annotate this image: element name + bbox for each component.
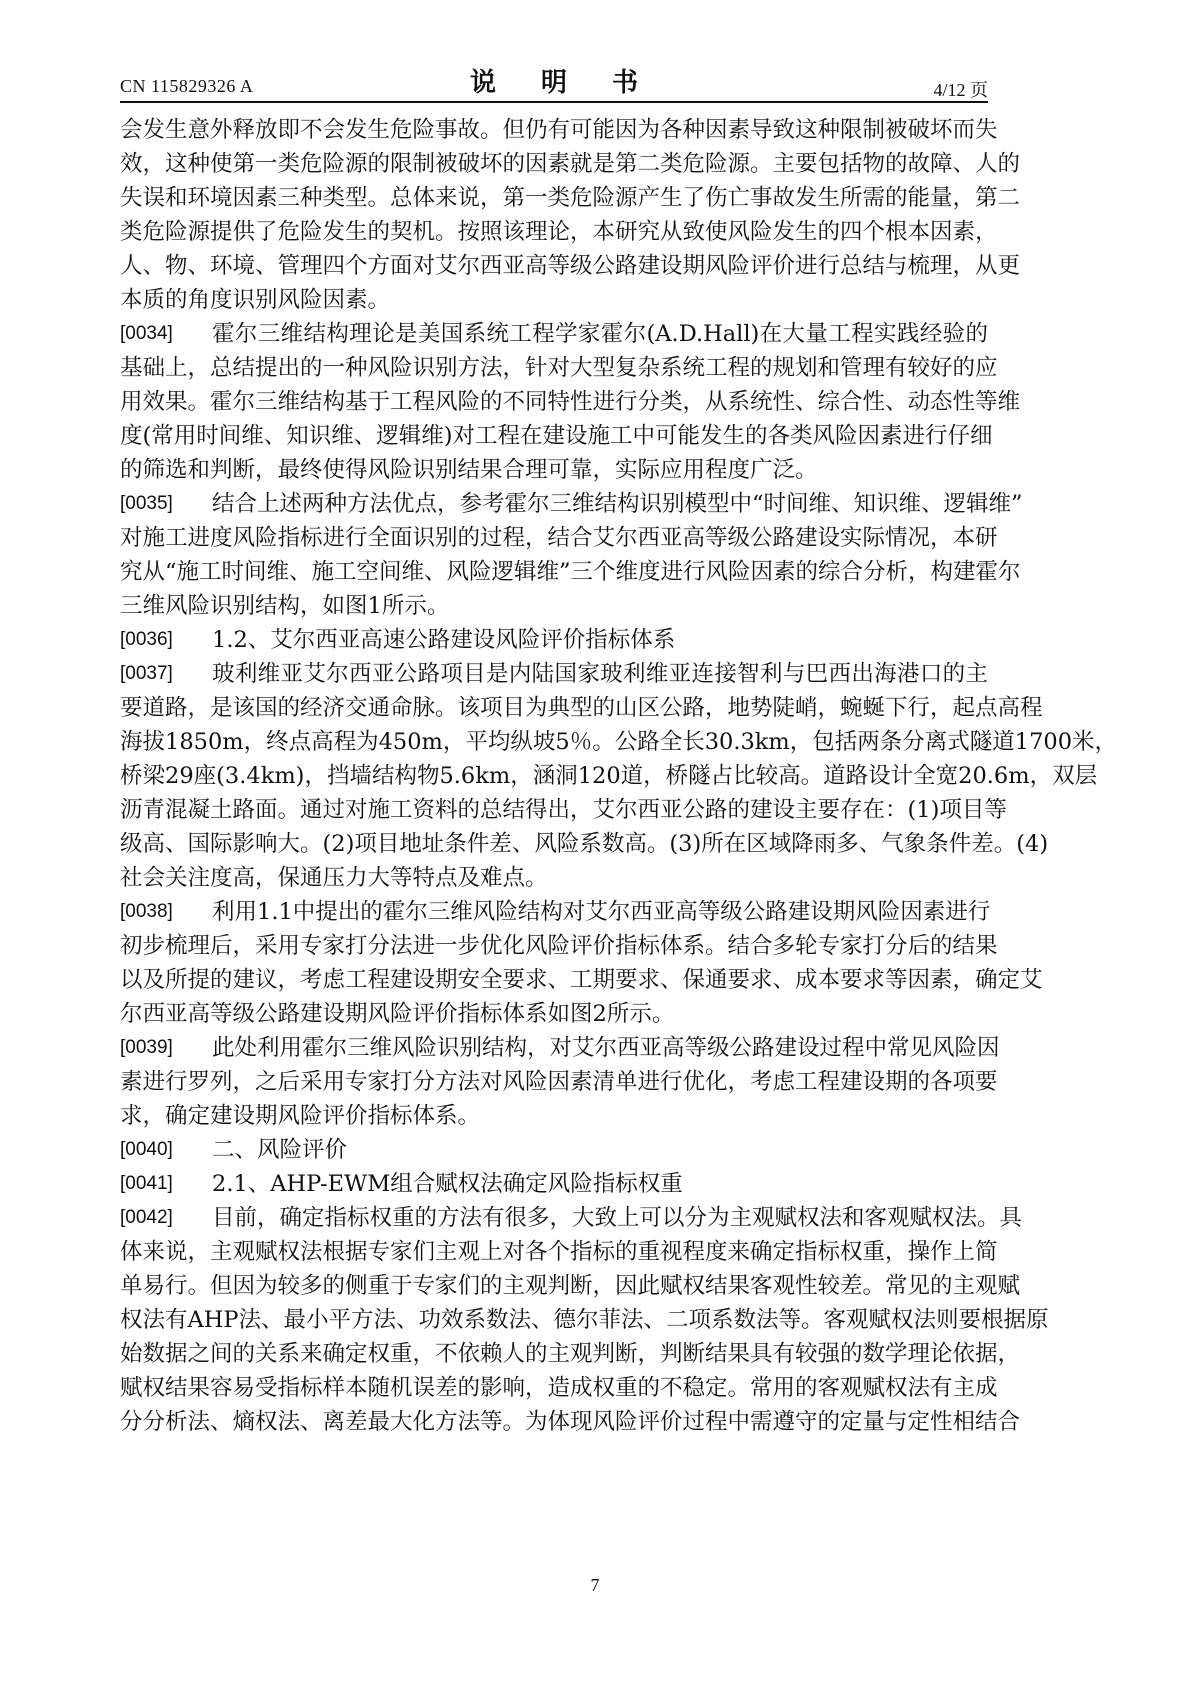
line-text: 三维风险识别结构，如图1所示。	[120, 589, 988, 623]
line-text: 权法有AHP法、最小平方法、功效系数法、德尔菲法、二项系数法等。客观赋权法则要根…	[120, 1303, 988, 1337]
paragraph-start-line: [0038]利用1.1中提出的霍尔三维风险结构对艾尔西亚高等级公路建设期风险因素…	[120, 895, 988, 929]
line-text: 求，确定建设期风险评价指标体系。	[120, 1099, 988, 1133]
text-line: 以及所提的建议，考虑工程建设期安全要求、工期要求、保通要求、成本要求等因素，确定…	[120, 963, 988, 997]
document-header: CN 115829326 A 说 明 书 4/12 页	[120, 62, 988, 102]
text-line: 用效果。霍尔三维结构基于工程风险的不同特性进行分类，从系统性、综合性、动态性等维	[120, 385, 988, 419]
text-line: 的筛选和判断，最终使得风险识别结果合理可靠，实际应用程度广泛。	[120, 453, 988, 487]
text-line: 社会关注度高，保通压力大等特点及难点。	[120, 861, 988, 895]
line-text: 社会关注度高，保通压力大等特点及难点。	[120, 861, 988, 895]
text-line: 海拔1850m，终点高程为450m，平均纵坡5％。公路全长30.3km，包括两条…	[120, 725, 988, 759]
paragraph-start-line: [0040]二、风险评价	[120, 1133, 988, 1167]
text-line: 桥梁29座(3.4km)，挡墙结构物5.6km，涵洞120道，桥隧占比较高。道路…	[120, 759, 988, 793]
line-text: 玻利维亚艾尔西亚公路项目是内陆国家玻利维亚连接智利与巴西出海港口的主	[212, 657, 988, 691]
text-line: 权法有AHP法、最小平方法、功效系数法、德尔菲法、二项系数法等。客观赋权法则要根…	[120, 1303, 988, 1337]
line-text: 沥青混凝土路面。通过对施工资料的总结得出，艾尔西亚公路的建设主要存在：(1)项目…	[120, 793, 988, 827]
line-text: 2.1、AHP-EWM组合赋权法确定风险指标权重	[212, 1167, 988, 1201]
paragraph-number: [0041]	[120, 1167, 173, 1201]
line-text: 尔西亚高等级公路建设期风险评价指标体系如图2所示。	[120, 997, 988, 1031]
text-line: 对施工进度风险指标进行全面识别的过程，结合艾尔西亚高等级公路建设实际情况，本研	[120, 521, 988, 555]
line-text: 效，这种使第一类危险源的限制被破坏的因素就是第二类危险源。主要包括物的故障、人的	[120, 147, 988, 181]
line-text: 人、物、环境、管理四个方面对艾尔西亚高等级公路建设期风险评价进行总结与梳理，从更	[120, 249, 988, 283]
page-number: 7	[0, 1575, 1190, 1596]
paragraph-number: [0036]	[120, 623, 173, 657]
document-body: 会发生意外释放即不会发生危险事故。但仍有可能因为各种因素导致这种限制被破坏而失效…	[120, 113, 988, 1439]
paragraph-start-line: [0037]玻利维亚艾尔西亚公路项目是内陆国家玻利维亚连接智利与巴西出海港口的主	[120, 657, 988, 691]
line-text: 此处利用霍尔三维风险识别结构，对艾尔西亚高等级公路建设过程中常见风险因	[212, 1031, 988, 1065]
line-text: 二、风险评价	[212, 1133, 988, 1167]
line-text: 桥梁29座(3.4km)，挡墙结构物5.6km，涵洞120道，桥隧占比较高。道路…	[120, 759, 988, 793]
text-line: 分分析法、熵权法、离差最大化方法等。为体现风险评价过程中需遵守的定量与定性相结合	[120, 1405, 988, 1439]
line-text: 度(常用时间维、知识维、逻辑维)对工程在建设施工中可能发生的各类风险因素进行仔细	[120, 419, 988, 453]
line-text: 对施工进度风险指标进行全面识别的过程，结合艾尔西亚高等级公路建设实际情况，本研	[120, 521, 988, 555]
line-text: 分分析法、熵权法、离差最大化方法等。为体现风险评价过程中需遵守的定量与定性相结合	[120, 1405, 988, 1439]
text-line: 类危险源提供了危险发生的契机。按照该理论，本研究从致使风险发生的四个根本因素，	[120, 215, 988, 249]
text-line: 要道路，是该国的经济交通命脉。该项目为典型的山区公路，地势陡峭，蜿蜒下行，起点高…	[120, 691, 988, 725]
line-text: 本质的角度识别风险因素。	[120, 283, 988, 317]
line-text: 要道路，是该国的经济交通命脉。该项目为典型的山区公路，地势陡峭，蜿蜒下行，起点高…	[120, 691, 988, 725]
paragraph-start-line: [0036]1.2、艾尔西亚高速公路建设风险评价指标体系	[120, 623, 988, 657]
line-text: 霍尔三维结构理论是美国系统工程学家霍尔(A.D.Hall)在大量工程实践经验的	[212, 317, 988, 351]
line-text: 初步梳理后，采用专家打分法进一步优化风险评价指标体系。结合多轮专家打分后的结果	[120, 929, 988, 963]
line-text: 失误和环境因素三种类型。总体来说，第一类危险源产生了伤亡事故发生所需的能量，第二	[120, 181, 988, 215]
line-text: 体来说，主观赋权法根据专家们主观上对各个指标的重视程度来确定指标权重，操作上简	[120, 1235, 988, 1269]
text-line: 级高、国际影响大。(2)项目地址条件差、风险系数高。(3)所在区域降雨多、气象条…	[120, 827, 988, 861]
text-line: 人、物、环境、管理四个方面对艾尔西亚高等级公路建设期风险评价进行总结与梳理，从更	[120, 249, 988, 283]
text-line: 初步梳理后，采用专家打分法进一步优化风险评价指标体系。结合多轮专家打分后的结果	[120, 929, 988, 963]
paragraph-start-line: [0034]霍尔三维结构理论是美国系统工程学家霍尔(A.D.Hall)在大量工程…	[120, 317, 988, 351]
text-line: 度(常用时间维、知识维、逻辑维)对工程在建设施工中可能发生的各类风险因素进行仔细	[120, 419, 988, 453]
page-indicator: 4/12 页	[933, 76, 988, 102]
paragraph-number: [0037]	[120, 657, 173, 691]
paragraph-number: [0035]	[120, 487, 173, 521]
document-title: 说 明 书	[120, 62, 988, 99]
text-line: 本质的角度识别风险因素。	[120, 283, 988, 317]
line-text: 1.2、艾尔西亚高速公路建设风险评价指标体系	[212, 623, 988, 657]
text-line: 求，确定建设期风险评价指标体系。	[120, 1099, 988, 1133]
text-line: 三维风险识别结构，如图1所示。	[120, 589, 988, 623]
line-text: 海拔1850m，终点高程为450m，平均纵坡5％。公路全长30.3km，包括两条…	[120, 725, 988, 759]
line-text: 用效果。霍尔三维结构基于工程风险的不同特性进行分类，从系统性、综合性、动态性等维	[120, 385, 988, 419]
line-text: 以及所提的建议，考虑工程建设期安全要求、工期要求、保通要求、成本要求等因素，确定…	[120, 963, 988, 997]
paragraph-start-line: [0039]此处利用霍尔三维风险识别结构，对艾尔西亚高等级公路建设过程中常见风险…	[120, 1031, 988, 1065]
text-line: 沥青混凝土路面。通过对施工资料的总结得出，艾尔西亚公路的建设主要存在：(1)项目…	[120, 793, 988, 827]
text-line: 效，这种使第一类危险源的限制被破坏的因素就是第二类危险源。主要包括物的故障、人的	[120, 147, 988, 181]
paragraph-start-line: [0035]结合上述两种方法优点，参考霍尔三维结构识别模型中“时间维、知识维、逻…	[120, 487, 988, 521]
paragraph-number: [0034]	[120, 317, 173, 351]
line-text: 会发生意外释放即不会发生危险事故。但仍有可能因为各种因素导致这种限制被破坏而失	[120, 113, 988, 147]
line-text: 赋权结果容易受指标样本随机误差的影响，造成权重的不稳定。常用的客观赋权法有主成	[120, 1371, 988, 1405]
line-text: 究从“施工时间维、施工空间维、风险逻辑维”三个维度进行风险因素的综合分析，构建霍…	[120, 555, 988, 589]
line-text: 级高、国际影响大。(2)项目地址条件差、风险系数高。(3)所在区域降雨多、气象条…	[120, 827, 988, 861]
line-text: 的筛选和判断，最终使得风险识别结果合理可靠，实际应用程度广泛。	[120, 453, 988, 487]
text-line: 体来说，主观赋权法根据专家们主观上对各个指标的重视程度来确定指标权重，操作上简	[120, 1235, 988, 1269]
line-text: 单易行。但因为较多的侧重于专家们的主观判断，因此赋权结果客观性较差。常见的主观赋	[120, 1269, 988, 1303]
text-line: 基础上，总结提出的一种风险识别方法，针对大型复杂系统工程的规划和管理有较好的应	[120, 351, 988, 385]
line-text: 类危险源提供了危险发生的契机。按照该理论，本研究从致使风险发生的四个根本因素，	[120, 215, 988, 249]
line-text: 始数据之间的关系来确定权重，不依赖人的主观判断，判断结果具有较强的数学理论依据，	[120, 1337, 988, 1371]
line-text: 利用1.1中提出的霍尔三维风险结构对艾尔西亚高等级公路建设期风险因素进行	[212, 895, 988, 929]
text-line: 素进行罗列，之后采用专家打分方法对风险因素清单进行优化，考虑工程建设期的各项要	[120, 1065, 988, 1099]
paragraph-number: [0040]	[120, 1133, 173, 1167]
text-line: 究从“施工时间维、施工空间维、风险逻辑维”三个维度进行风险因素的综合分析，构建霍…	[120, 555, 988, 589]
line-text: 目前，确定指标权重的方法有很多，大致上可以分为主观赋权法和客观赋权法。具	[212, 1201, 988, 1235]
paragraph-number: [0042]	[120, 1201, 173, 1235]
text-line: 单易行。但因为较多的侧重于专家们的主观判断，因此赋权结果客观性较差。常见的主观赋	[120, 1269, 988, 1303]
paragraph-start-line: [0041]2.1、AHP-EWM组合赋权法确定风险指标权重	[120, 1167, 988, 1201]
line-text: 基础上，总结提出的一种风险识别方法，针对大型复杂系统工程的规划和管理有较好的应	[120, 351, 988, 385]
line-text: 素进行罗列，之后采用专家打分方法对风险因素清单进行优化，考虑工程建设期的各项要	[120, 1065, 988, 1099]
paragraph-number: [0039]	[120, 1031, 173, 1065]
paragraph-number: [0038]	[120, 895, 173, 929]
text-line: 始数据之间的关系来确定权重，不依赖人的主观判断，判断结果具有较强的数学理论依据，	[120, 1337, 988, 1371]
paragraph-start-line: [0042]目前，确定指标权重的方法有很多，大致上可以分为主观赋权法和客观赋权法…	[120, 1201, 988, 1235]
text-line: 赋权结果容易受指标样本随机误差的影响，造成权重的不稳定。常用的客观赋权法有主成	[120, 1371, 988, 1405]
text-line: 会发生意外释放即不会发生危险事故。但仍有可能因为各种因素导致这种限制被破坏而失	[120, 113, 988, 147]
header-divider	[120, 101, 988, 103]
text-line: 尔西亚高等级公路建设期风险评价指标体系如图2所示。	[120, 997, 988, 1031]
line-text: 结合上述两种方法优点，参考霍尔三维结构识别模型中“时间维、知识维、逻辑维”	[212, 487, 988, 521]
text-line: 失误和环境因素三种类型。总体来说，第一类危险源产生了伤亡事故发生所需的能量，第二	[120, 181, 988, 215]
